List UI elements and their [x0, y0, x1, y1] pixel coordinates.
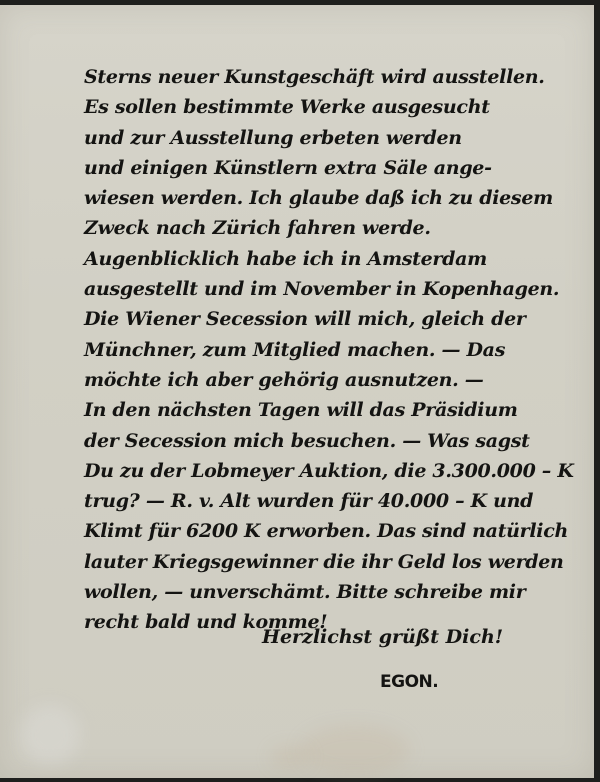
paper-fade	[20, 705, 80, 765]
letter-line: und einigen Künstlern extra Säle ange-	[84, 153, 584, 183]
letter-line: und zur Ausstellung erbeten werden	[84, 123, 584, 153]
letter-line: Klimt für 6200 K erworben. Das sind natü…	[84, 516, 584, 546]
letter-line: wollen, — unverschämt. Bitte schreibe mi…	[84, 577, 584, 607]
letter-line: wiesen werden. Ich glaube daß ich zu die…	[84, 183, 584, 213]
paper-stain	[300, 725, 410, 775]
letter-closing: Herzlichst grüßt Dich!	[262, 626, 503, 648]
letter-line: trug? — R. v. Alt wurden für 40.000 – K …	[84, 486, 584, 516]
letter-line: Zweck nach Zürich fahren werde.	[84, 213, 584, 243]
letter-line: Die Wiener Secession will mich, gleich d…	[84, 304, 584, 334]
letter-line: Sterns neuer Kunstgeschäft wird ausstell…	[84, 62, 584, 92]
letter-line: lauter Kriegsgewinner die ihr Geld los w…	[84, 547, 584, 577]
letter-line: ausgestellt und im November in Kopenhage…	[84, 274, 584, 304]
letter-signature: EGON.	[380, 672, 438, 692]
letter-body: Sterns neuer Kunstgeschäft wird ausstell…	[84, 62, 584, 638]
letter-line: Augenblicklich habe ich in Amsterdam	[84, 244, 584, 274]
letter-line: In den nächsten Tagen will das Präsidium	[84, 395, 584, 425]
paper-stain	[270, 745, 310, 769]
letter-line: Münchner, zum Mitglied machen. — Das	[84, 335, 584, 365]
letter-line: der Secession mich besuchen. — Was sagst	[84, 426, 584, 456]
letter-line: Es sollen bestimmte Werke ausgesucht	[84, 92, 584, 122]
letter-line: möchte ich aber gehörig ausnutzen. —	[84, 365, 584, 395]
letter-line: Du zu der Lobmeyer Auktion, die 3.300.00…	[84, 456, 584, 486]
